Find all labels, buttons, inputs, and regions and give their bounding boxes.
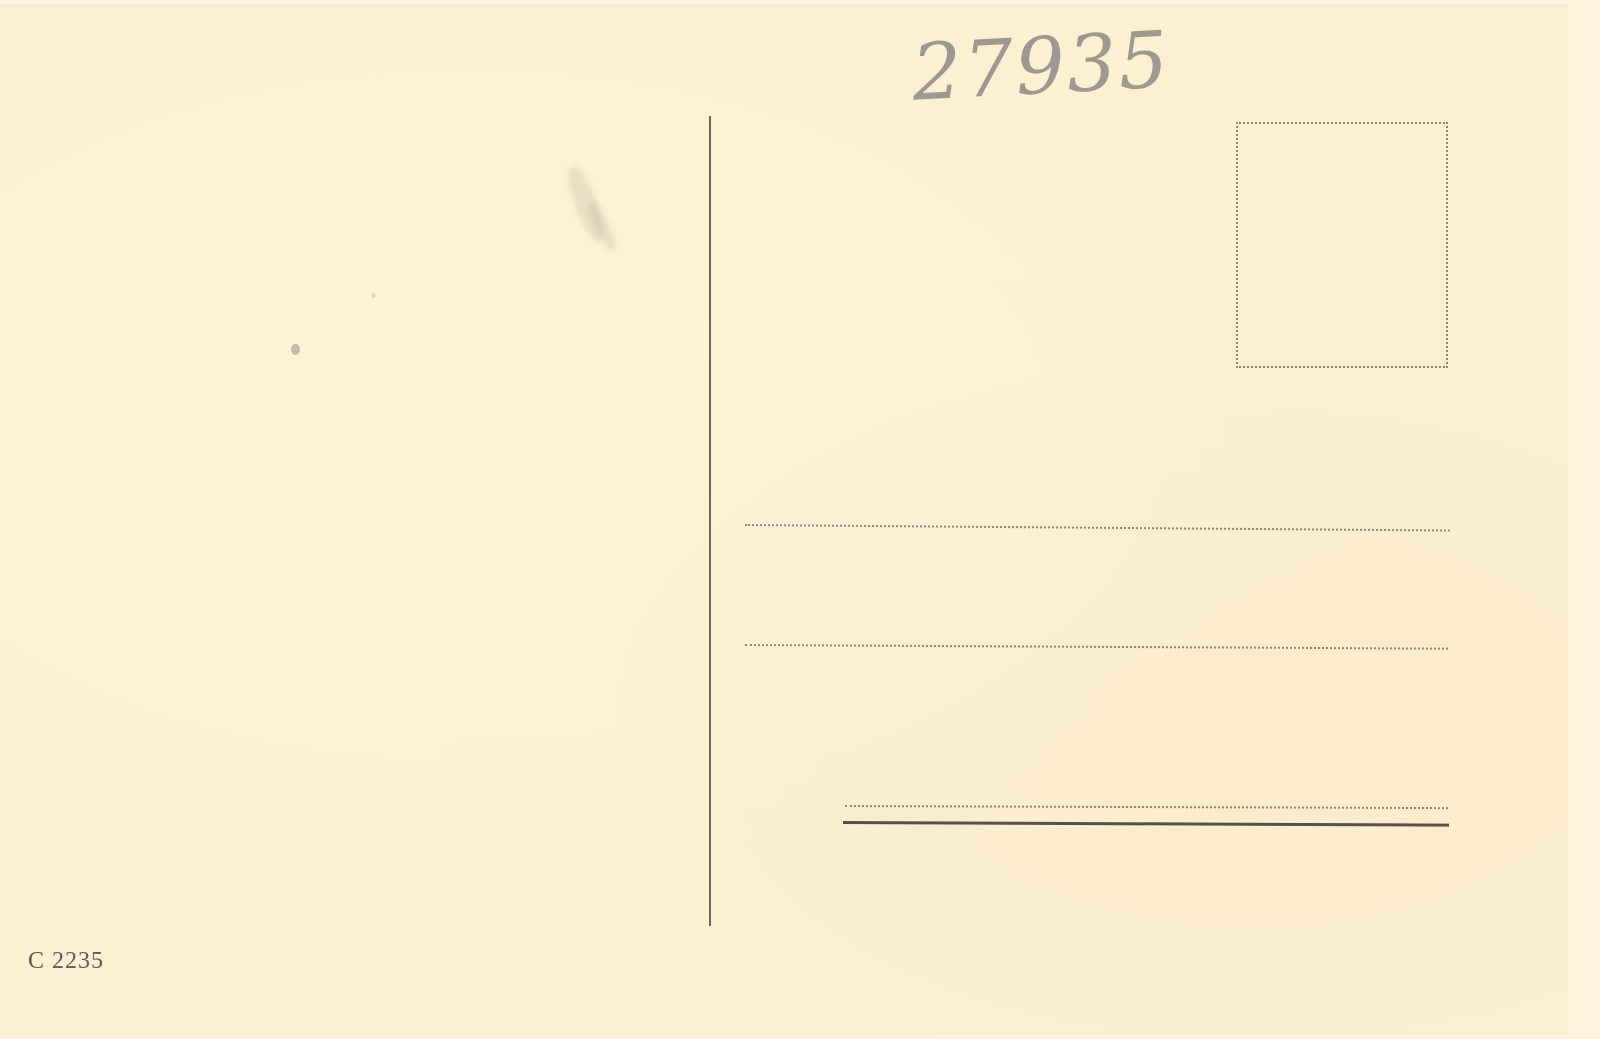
message-address-divider: [709, 116, 711, 926]
spot-mark: [291, 344, 300, 355]
card-top-edge: [0, 4, 1568, 8]
spot-mark: [371, 293, 376, 298]
postcard-back: 27935 C 2235: [0, 4, 1568, 1034]
address-line-2: [745, 644, 1448, 650]
print-code: C 2235: [28, 948, 104, 975]
address-underline: [843, 821, 1449, 827]
address-line-3: [845, 805, 1448, 809]
handwritten-number: 27935: [910, 15, 1172, 118]
stamp-box: [1236, 122, 1448, 368]
address-line-1: [745, 524, 1450, 532]
